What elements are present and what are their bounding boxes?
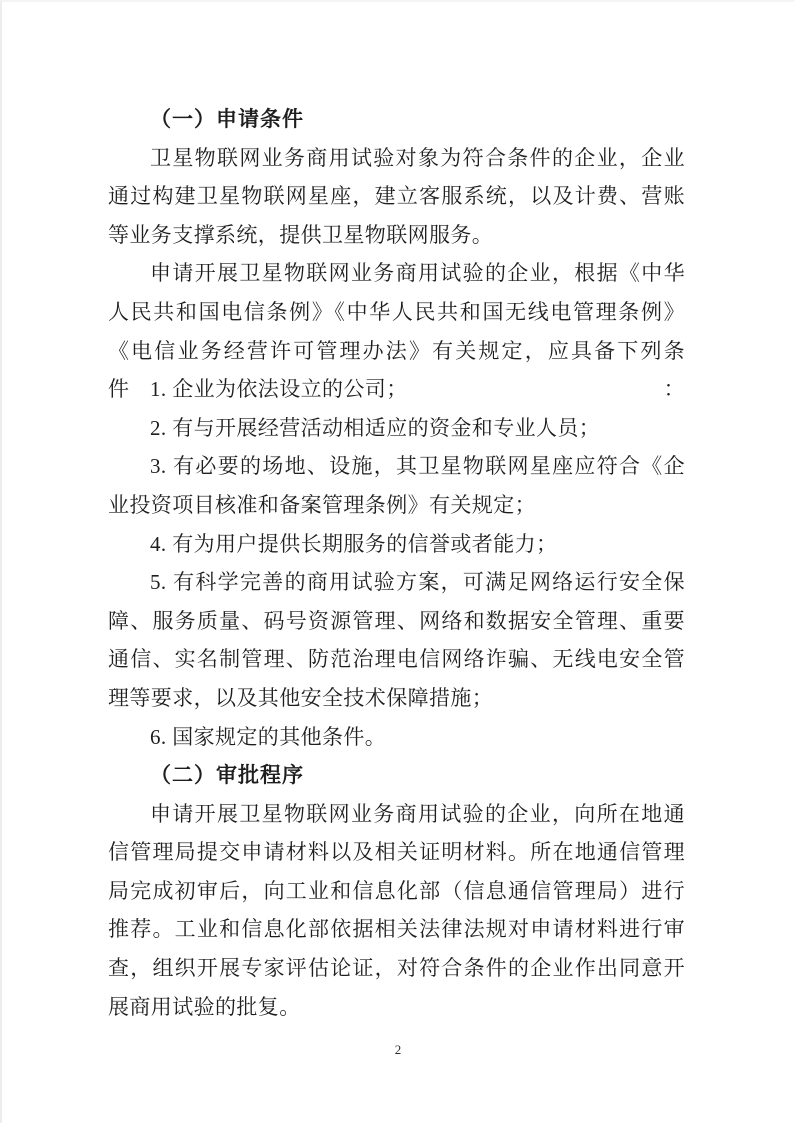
text-line: 业投资项目核准和备案管理条例》有关规定； <box>108 486 685 525</box>
text-line: 推荐。工业和信息化部依据相关法律法规对申请材料进行审 <box>108 910 685 949</box>
document-page: （一）申请条件卫星物联网业务商用试验对象为符合条件的企业，企业通过构建卫星物联网… <box>0 0 794 1123</box>
text-line: 局完成初审后，向工业和信息化部（信息通信管理局）进行 <box>108 872 685 911</box>
text-line: 2. 有与开展经营活动相适应的资金和专业人员； <box>108 409 685 448</box>
text-line: 通过构建卫星物联网星座，建立客服系统，以及计费、营账 <box>108 177 685 216</box>
document-body: （一）申请条件卫星物联网业务商用试验对象为符合条件的企业，企业通过构建卫星物联网… <box>108 100 685 1026</box>
text-line: 展商用试验的批复。 <box>108 988 685 1027</box>
text-line: 4. 有为用户提供长期服务的信誉或者能力； <box>108 525 685 564</box>
text-line: 6. 国家规定的其他条件。 <box>108 718 685 757</box>
section-heading: （二）审批程序 <box>108 756 685 795</box>
text-line: 信管理局提交申请材料以及相关证明材料。所在地通信管理 <box>108 833 685 872</box>
text-line: 人民共和国电信条例》《中华人民共和国无线电管理条例》 <box>108 293 685 332</box>
page-number: 2 <box>2 1040 794 1060</box>
text-line: 申请开展卫星物联网业务商用试验的企业，根据《中华 <box>108 254 685 293</box>
text-line: 《电信业务经营许可管理办法》有关规定，应具备下列条件： <box>108 332 685 371</box>
section-heading: （一）申请条件 <box>108 100 685 139</box>
text-line: 理等要求，以及其他安全技术保障措施； <box>108 679 685 718</box>
text-line: 5. 有科学完善的商用试验方案，可满足网络运行安全保 <box>108 563 685 602</box>
text-line: 3. 有必要的场地、设施，其卫星物联网星座应符合《企 <box>108 447 685 486</box>
text-line: 障、服务质量、码号资源管理、网络和数据安全管理、重要 <box>108 602 685 641</box>
text-line: 等业务支撑系统，提供卫星物联网服务。 <box>108 216 685 255</box>
text-line: 查，组织开展专家评估论证，对符合条件的企业作出同意开 <box>108 949 685 988</box>
text-line: 申请开展卫星物联网业务商用试验的企业，向所在地通 <box>108 795 685 834</box>
text-line: 通信、实名制管理、防范治理电信网络诈骗、无线电安全管 <box>108 640 685 679</box>
text-line: 卫星物联网业务商用试验对象为符合条件的企业，企业 <box>108 139 685 178</box>
